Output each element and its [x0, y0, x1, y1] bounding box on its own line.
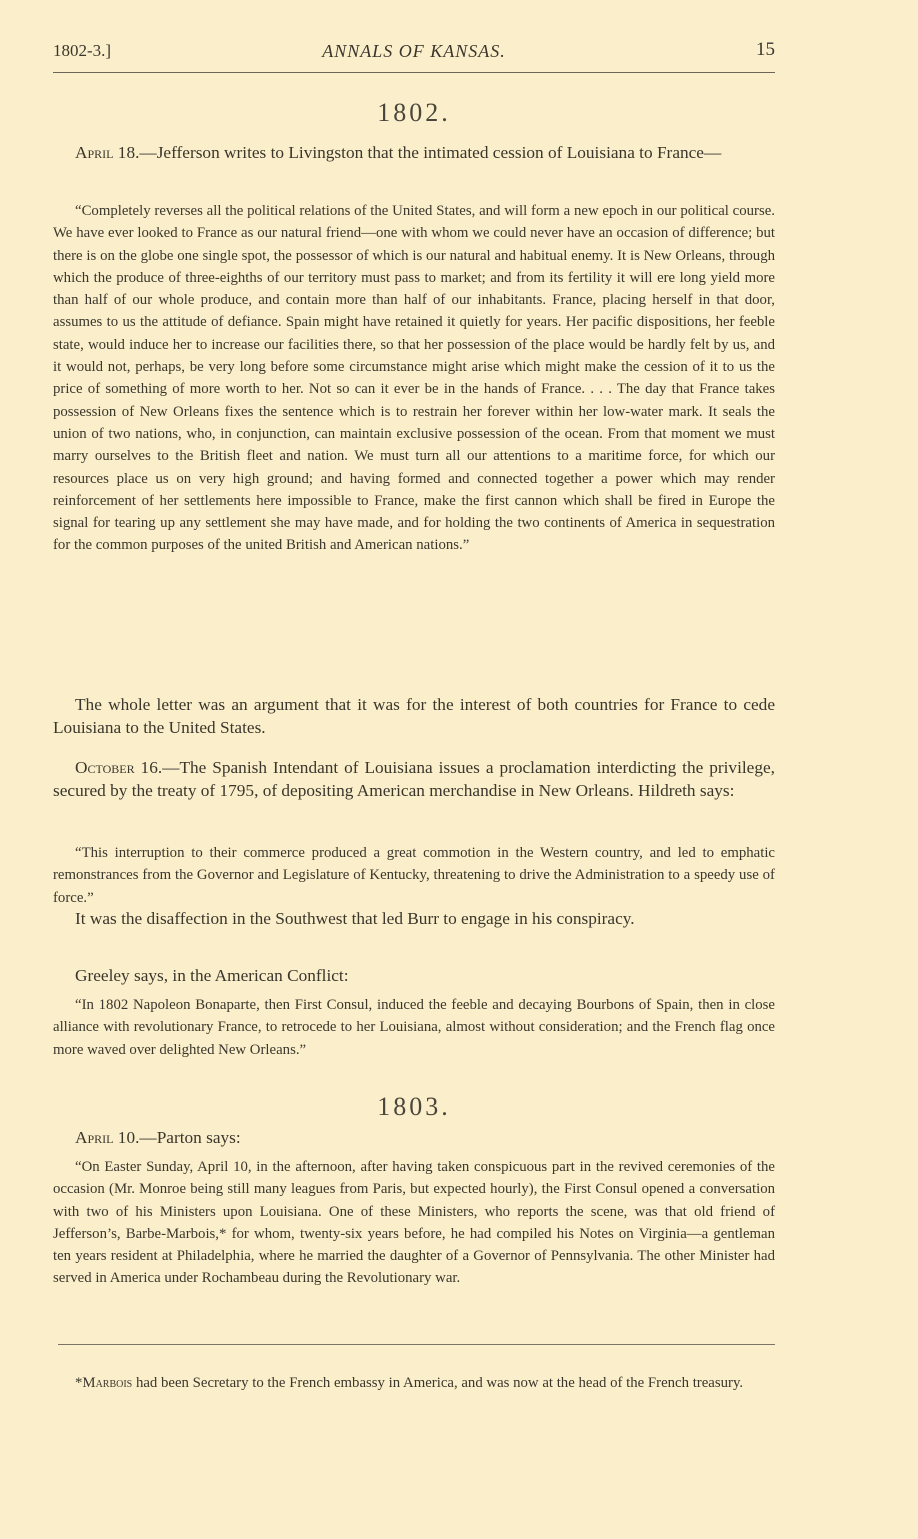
footnote-rule	[58, 1344, 775, 1345]
entry-date: April 18.	[75, 143, 139, 162]
greeley-intro: Greeley says, in the American Conflict:	[53, 964, 775, 987]
entry-april-18: April 18.—Jefferson writes to Livingston…	[53, 141, 775, 164]
hildreth-quote: “This interruption to their commerce pro…	[53, 842, 775, 909]
running-head-title: ANNALS OF KANSAS.	[53, 41, 775, 62]
entry-april-10: April 10.—Parton says:	[53, 1126, 775, 1149]
entry-october-16: October 16.—The Spanish Intendant of Lou…	[53, 756, 775, 802]
entry-date: October 16.	[75, 758, 162, 777]
parton-quote: “On Easter Sunday, April 10, in the afte…	[53, 1156, 775, 1290]
year-heading-1803: 1803.	[53, 1092, 775, 1122]
running-head: 1802-3.] ANNALS OF KANSAS. 15	[53, 35, 775, 65]
entry-text: —The Spanish Intendant of Louisiana issu…	[53, 758, 775, 800]
entry-text: —Jefferson writes to Livingston that the…	[139, 143, 721, 162]
greeley-quote: “In 1802 Napoleon Bonaparte, then First …	[53, 994, 775, 1061]
page-number: 15	[756, 39, 775, 61]
footnote-text: had been Secretary to the French embassy…	[132, 1375, 743, 1391]
year-heading-1802: 1802.	[53, 98, 775, 128]
header-rule	[53, 72, 775, 73]
letter-summary: The whole letter was an argument that it…	[53, 693, 775, 739]
entry-text: —Parton says:	[139, 1128, 240, 1147]
footnote-name: Marbois	[82, 1375, 132, 1391]
burr-conspiracy-note: It was the disaffection in the Southwest…	[53, 907, 775, 930]
footnote: *Marbois had been Secretary to the Frenc…	[53, 1372, 775, 1394]
jefferson-quote: “Completely reverses all the political r…	[53, 200, 775, 557]
entry-date: April 10.	[75, 1128, 139, 1147]
